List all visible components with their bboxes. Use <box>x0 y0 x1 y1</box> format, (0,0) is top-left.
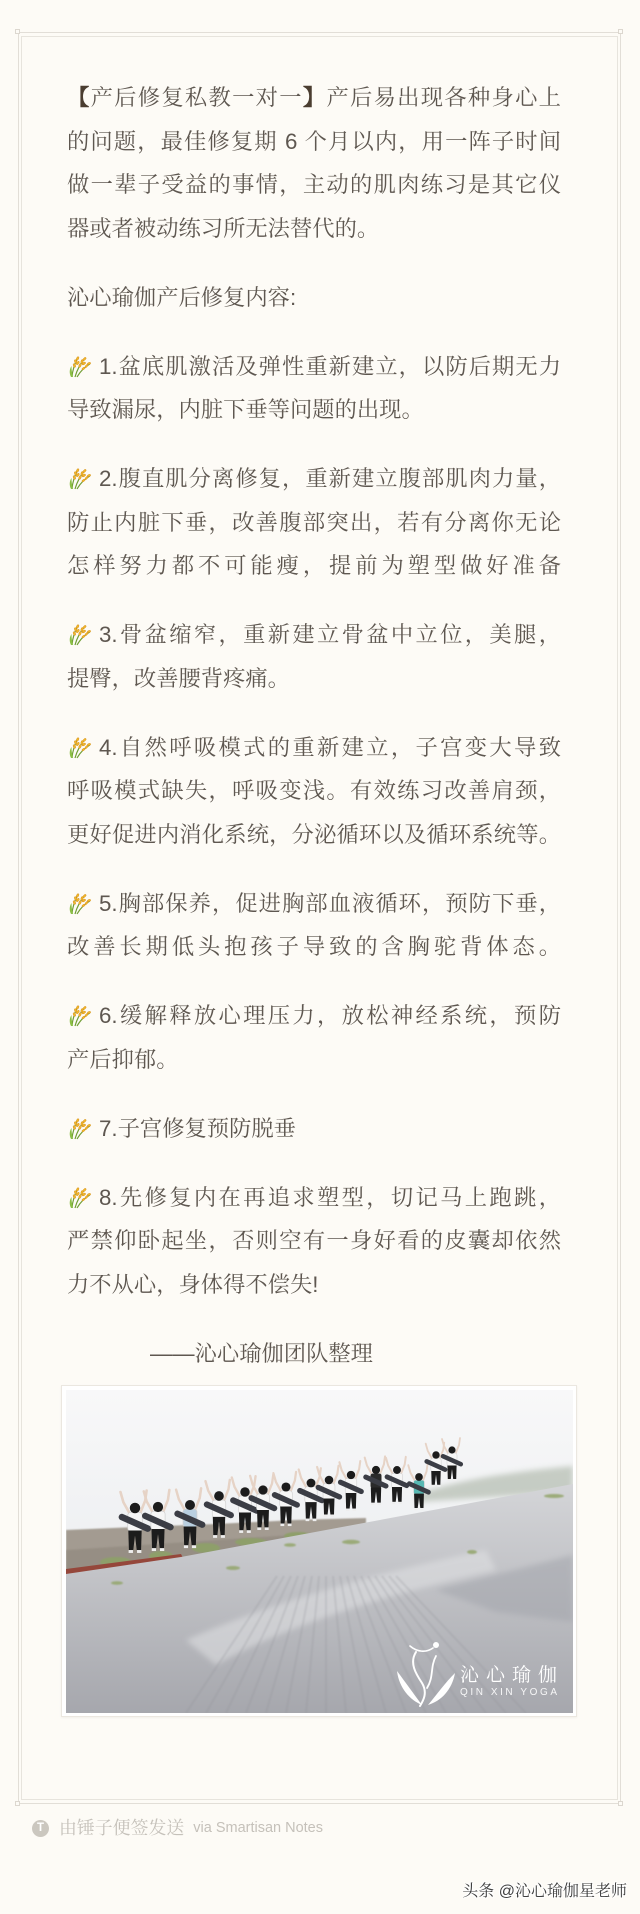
sheaf-of-rice-icon <box>68 1185 92 1209</box>
list-item-line: 呼吸模式缺失，呼吸变浅。有效练习改善肩颈， <box>67 769 561 813</box>
list-item: 1.盆底肌激活及弹性重新建立，以防后期无力 导致漏尿，内脏下垂等问题的出现。 <box>67 345 561 432</box>
list-item: 5.胸部保养，促进胸部血液循环，预防下垂， 改善长期低头抱孩子导致的含胸驼背体态… <box>67 882 561 969</box>
list-item-line: 导致漏尿，内脏下垂等问题的出现。 <box>67 388 561 432</box>
toutiao-watermark: 头条 @沁心瑜伽星老师 <box>462 1882 627 1902</box>
intro-line-1-rest: 产后易出现各种身心上 <box>326 85 561 110</box>
intro-line-1: 【产后修复私教一对一】产后易出现各种身心上 <box>67 76 561 120</box>
list-item: 8.先修复内在再追求塑型，切记马上跑跳， 严禁仰卧起坐，否则空有一身好看的皮囊却… <box>67 1176 561 1307</box>
sheaf-of-rice-icon <box>68 354 92 378</box>
list-item: 4.自然呼吸模式的重新建立，子宫变大导致 呼吸模式缺失，呼吸变浅。有效练习改善肩… <box>67 726 561 857</box>
list-item-line: 防止内脏下垂，改善腹部突出，若有分离你无论 <box>67 501 561 545</box>
sheaf-of-rice-icon <box>68 891 92 915</box>
intro-line-4: 器或者被动练习所无法替代的。 <box>67 207 561 251</box>
sent-via-footer: T 由锤子便签发送 via Smartisan Notes <box>32 1817 323 1839</box>
list-item-line: 8.先修复内在再追求塑型，切记马上跑跳， <box>67 1176 561 1220</box>
title-bracket-close: 】 <box>303 85 327 110</box>
sheaf-of-rice-icon <box>68 1003 92 1027</box>
list-item-line: 严禁仰卧起坐，否则空有一身好看的皮囊却依然 <box>67 1219 561 1263</box>
list-item-text: 4.自然呼吸模式的重新建立，子宫变大导致 <box>99 735 561 760</box>
signature: ——沁心瑜伽团队整理 <box>150 1332 561 1376</box>
note-content: 【产后修复私教一对一】产后易出现各种身心上 的问题，最佳修复期 6 个月以内，用… <box>67 76 561 1375</box>
list-item: 3.骨盆缩窄，重新建立骨盆中立位，美腿， 提臀，改善腰背疼痛。 <box>67 613 561 700</box>
list-item-line: 7.子宫修复预防脱垂 <box>67 1107 561 1151</box>
card-corner-top-left <box>15 29 20 34</box>
list-item: 7.子宫修复预防脱垂 <box>67 1107 561 1151</box>
intro-line-3: 做一辈子受益的事情，主动的肌肉练习是其它仪 <box>67 163 561 207</box>
sent-via-chinese: 由锤子便签发送 <box>59 1817 184 1839</box>
list-item-line: 5.胸部保养，促进胸部血液循环，预防下垂， <box>67 882 561 926</box>
list-item-text: 1.盆底肌激活及弹性重新建立，以防后期无力 <box>99 354 561 379</box>
list-item-text: 2.腹直肌分离修复，重新建立腹部肌肉力量， <box>99 466 561 491</box>
list-item-text: 5.胸部保养，促进胸部血液循环，预防下垂， <box>99 891 561 916</box>
list-item-line: 力不从心，身体得不偿失! <box>67 1263 561 1307</box>
list-item: 2.腹直肌分离修复，重新建立腹部肌肉力量， 防止内脏下垂，改善腹部突出，若有分离… <box>67 457 561 588</box>
intro-title: 产后修复私教一对一 <box>91 85 303 110</box>
list-item-text: 7.子宫修复预防脱垂 <box>99 1116 296 1141</box>
list-item-line: 改善长期低头抱孩子导致的含胸驼背体态。 <box>67 925 561 969</box>
intro-paragraph: 【产后修复私教一对一】产后易出现各种身心上 的问题，最佳修复期 6 个月以内，用… <box>67 76 561 250</box>
photo-illustration: 沁心瑜伽 QIN XIN YOGA <box>66 1390 573 1713</box>
list-item-line: 提臀，改善腰背疼痛。 <box>67 657 561 701</box>
list-item-line: 4.自然呼吸模式的重新建立，子宫变大导致 <box>67 726 561 770</box>
sent-via-english: via Smartisan Notes <box>193 1817 323 1839</box>
sheaf-of-rice-icon <box>68 735 92 759</box>
list-item-line: 怎样努力都不可能瘦，提前为塑型做好准备 <box>67 544 561 588</box>
card-corner-top-right <box>618 29 623 34</box>
list-item-text: 6.缓解释放心理压力，放松神经系统，预防 <box>99 1003 561 1028</box>
list-item-line: 3.骨盆缩窄，重新建立骨盆中立位，美腿， <box>67 613 561 657</box>
card-corner-bottom-right <box>618 1801 623 1806</box>
list-item-line: 更好促进内消化系统，分泌循环以及循环系统等。 <box>67 813 561 857</box>
sheaf-of-rice-icon <box>68 1116 92 1140</box>
intro-line-2: 的问题，最佳修复期 6 个月以内，用一阵子时间 <box>67 120 561 164</box>
list-item-text: 8.先修复内在再追求塑型，切记马上跑跳， <box>99 1185 561 1210</box>
section-heading-text: 沁心瑜伽产后修复内容: <box>67 276 561 320</box>
sheaf-of-rice-icon <box>68 622 92 646</box>
photo-frame: 沁心瑜伽 QIN XIN YOGA <box>61 1385 577 1717</box>
list-item-line: 2.腹直肌分离修复，重新建立腹部肌肉力量， <box>67 457 561 501</box>
list-item-line: 1.盆底肌激活及弹性重新建立，以防后期无力 <box>67 345 561 389</box>
list-item-line: 6.缓解释放心理压力，放松神经系统，预防 <box>67 994 561 1038</box>
list-item-text: 3.骨盆缩窄，重新建立骨盆中立位，美腿， <box>99 622 561 647</box>
list-item-line: 产后抑郁。 <box>67 1038 561 1082</box>
group-jump-photo: 沁心瑜伽 QIN XIN YOGA <box>66 1390 573 1713</box>
smartisan-app-icon: T <box>32 1820 49 1837</box>
section-heading: 沁心瑜伽产后修复内容: <box>67 276 561 320</box>
title-bracket-open: 【 <box>67 85 91 110</box>
sheaf-of-rice-icon <box>68 466 92 490</box>
list-item: 6.缓解释放心理压力，放松神经系统，预防 产后抑郁。 <box>67 994 561 1081</box>
card-corner-bottom-left <box>15 1801 20 1806</box>
